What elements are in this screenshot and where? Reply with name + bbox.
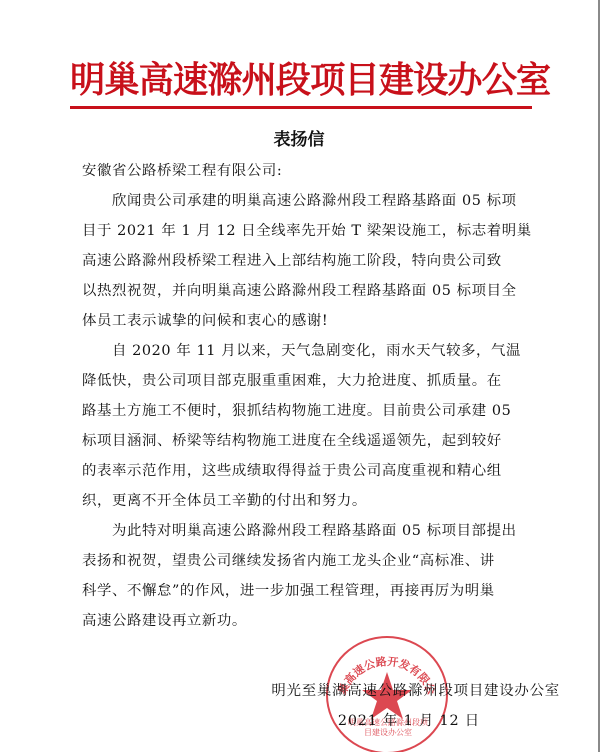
paragraph-3-line: 为此特对明巢高速公路滁州段工程路基路面 05 标项目部提出 [82, 516, 462, 546]
paragraph-1-line: 体员工表示诚挚的问候和衷心的感谢! [82, 306, 462, 336]
letterhead-organization: 明巢高速滁州段项目建设办公室 [70, 58, 523, 102]
paragraph-1-line: 以热烈祝贺，并向明巢高速公路滁州段工程路基路面 05 标项目全 [82, 276, 462, 306]
signature-block: 明光至巢湖高速公路滁州段项目建设办公室 2021 年 1 月 12 日 [0, 676, 560, 736]
signature-date: 2021 年 1 月 12 日 [0, 706, 560, 736]
signature-organization: 明光至巢湖高速公路滁州段项目建设办公室 [0, 676, 560, 706]
paragraph-3-line: 表扬和祝贺，望贵公司继续发扬省内施工龙头企业“高标准、讲 [82, 546, 462, 576]
paragraph-2-line: 路基土方施工不便时，狠抓结构物施工进度。目前贵公司承建 05 [82, 396, 462, 426]
paragraph-1-line: 高速公路滁州段桥梁工程进入上部结构施工阶段，特向贵公司致 [82, 246, 462, 276]
letter-body: 安徽省公路桥梁工程有限公司: 欣闻贵公司承建的明巢高速公路滁州段工程路基路面 0… [82, 156, 462, 636]
paragraph-2-line: 织，更离不开全体员工辛勤的付出和努力。 [82, 486, 462, 516]
letterhead-red-rule [70, 106, 532, 109]
paragraph-2-line: 标项目涵洞、桥梁等结构物施工进度在全线遥遥领先，起到较好 [82, 426, 462, 456]
paragraph-2-line: 的表率示范作用，这些成绩取得得益于贵公司高度重视和精心组 [82, 456, 462, 486]
document-title: 表扬信 [0, 128, 598, 152]
salutation: 安徽省公路桥梁工程有限公司: [82, 156, 462, 186]
document-page: 明巢高速滁州段项目建设办公室 表扬信 安徽省公路桥梁工程有限公司: 欣闻贵公司承… [0, 0, 600, 752]
paragraph-1-line: 欣闻贵公司承建的明巢高速公路滁州段工程路基路面 05 标项 [82, 186, 462, 216]
paragraph-3-line: 科学、不懈怠”的作风，进一步加强工程管理，再接再厉为明巢 [82, 576, 462, 606]
paragraph-2-line: 降低快，贵公司项目部克服重重困难，大力抢进度、抓质量。在 [82, 366, 462, 396]
paragraph-1-line: 目于 2021 年 1 月 12 日全线率先开始 T 梁架设施工，标志着明巢 [82, 216, 462, 246]
paragraph-2-line: 自 2020 年 11 月以来，天气急剧变化，雨水天气较多，气温 [82, 336, 462, 366]
paragraph-3-line: 高速公路建设再立新功。 [82, 606, 462, 636]
